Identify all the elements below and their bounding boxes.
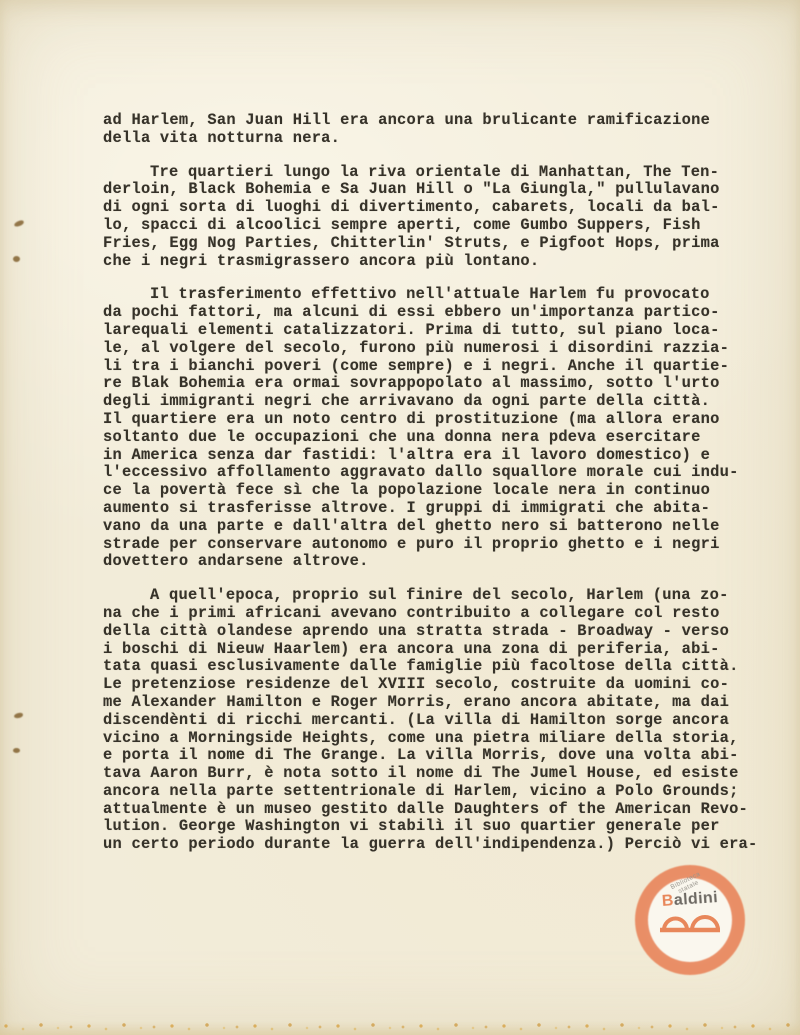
text-line: larequali elementi catalizzatori. Prima …	[103, 322, 763, 340]
text-line: Fries, Egg Nog Parties, Chitterlin' Stru…	[103, 235, 763, 253]
typewritten-text-block: ad Harlem, San Juan Hill era ancora una …	[103, 112, 763, 854]
text-line: in America senza dar fastidi: l'altra er…	[103, 447, 763, 465]
text-line: aumento si trasferisse altrove. I gruppi…	[103, 500, 763, 518]
text-line: strade per conservare autonomo e puro il…	[103, 536, 763, 554]
ink-smudge-mark	[13, 748, 20, 753]
text-line: che i negri trasmigrassero ancora più lo…	[103, 253, 763, 271]
text-line: A quell'epoca, proprio sul finire del se…	[103, 587, 763, 605]
ink-smudge-mark	[13, 256, 20, 262]
ink-smudge-mark	[14, 712, 24, 718]
text-line: tava Aaron Burr, è nota sotto il nome di…	[103, 765, 763, 783]
open-book-icon	[659, 909, 721, 935]
text-line: soltanto due le occupazioni che una donn…	[103, 429, 763, 447]
text-line: dovettero andarsene altrove.	[103, 553, 763, 571]
text-line: lo, spacci di alcoolici sempre aperti, c…	[103, 217, 763, 235]
text-line: della città olandese aprendo una stratta…	[103, 623, 763, 641]
paragraph: A quell'epoca, proprio sul finire del se…	[103, 587, 763, 854]
text-line: ad Harlem, San Juan Hill era ancora una …	[103, 112, 763, 130]
text-line: vicino a Morningside Heights, come una p…	[103, 730, 763, 748]
text-line: e porta il nome di The Grange. La villa …	[103, 747, 763, 765]
text-line: Il quartiere era un noto centro di prost…	[103, 411, 763, 429]
ink-smudge-mark	[13, 220, 24, 228]
paragraph: ad Harlem, San Juan Hill era ancora una …	[103, 112, 763, 148]
text-line: ce la povertà fece sì che la popolazione…	[103, 482, 763, 500]
paragraph: Tre quartieri lungo la riva orientale di…	[103, 164, 763, 271]
library-stamp: Biblioteca statale Baldini	[635, 865, 745, 975]
text-line: me Alexander Hamilton e Roger Morris, er…	[103, 694, 763, 712]
text-line: Le pretenziose residenze del XVIII secol…	[103, 676, 763, 694]
text-line: re Blak Bohemia era ormai sovrappopolato…	[103, 375, 763, 393]
text-line: na che i primi africani avevano contribu…	[103, 605, 763, 623]
text-line: della vita notturna nera.	[103, 130, 763, 148]
text-line: da pochi fattori, ma alcuni di essi ebbe…	[103, 304, 763, 322]
page-bottom-shade	[0, 1021, 800, 1035]
text-line: Il trasferimento effettivo nell'attuale …	[103, 286, 763, 304]
paragraph: Il trasferimento effettivo nell'attuale …	[103, 286, 763, 571]
scanned-document-page: ad Harlem, San Juan Hill era ancora una …	[0, 0, 800, 1035]
text-line: lution. George Washington vi stabilì il …	[103, 818, 763, 836]
text-line: derloin, Black Bohemia e Sa Juan Hill o …	[103, 181, 763, 199]
text-line: vano da una parte e dall'altra del ghett…	[103, 518, 763, 536]
text-line: le, al volgere del secolo, furono più nu…	[103, 340, 763, 358]
text-line: degli immigranti negri che arrivavano da…	[103, 393, 763, 411]
stamp-name-rest: aldini	[673, 889, 718, 909]
text-line: discendènti di ricchi mercanti. (La vill…	[103, 712, 763, 730]
text-line: un certo periodo durante la guerra dell'…	[103, 836, 763, 854]
text-line: li tra i bianchi poveri (come sempre) e …	[103, 358, 763, 376]
text-line: i boschi di Nieuw Haarlem) era ancora un…	[103, 641, 763, 659]
text-line: ancora nella parte settentrionale di Har…	[103, 783, 763, 801]
text-line: l'eccessivo affollamento aggravato dallo…	[103, 464, 763, 482]
text-line: tata quasi esclusivamente dalle famiglie…	[103, 658, 763, 676]
text-line: attualmente è un museo gestito dalle Dau…	[103, 801, 763, 819]
text-line: di ogni sorta di luoghi di divertimento,…	[103, 199, 763, 217]
text-line: Tre quartieri lungo la riva orientale di…	[103, 164, 763, 182]
